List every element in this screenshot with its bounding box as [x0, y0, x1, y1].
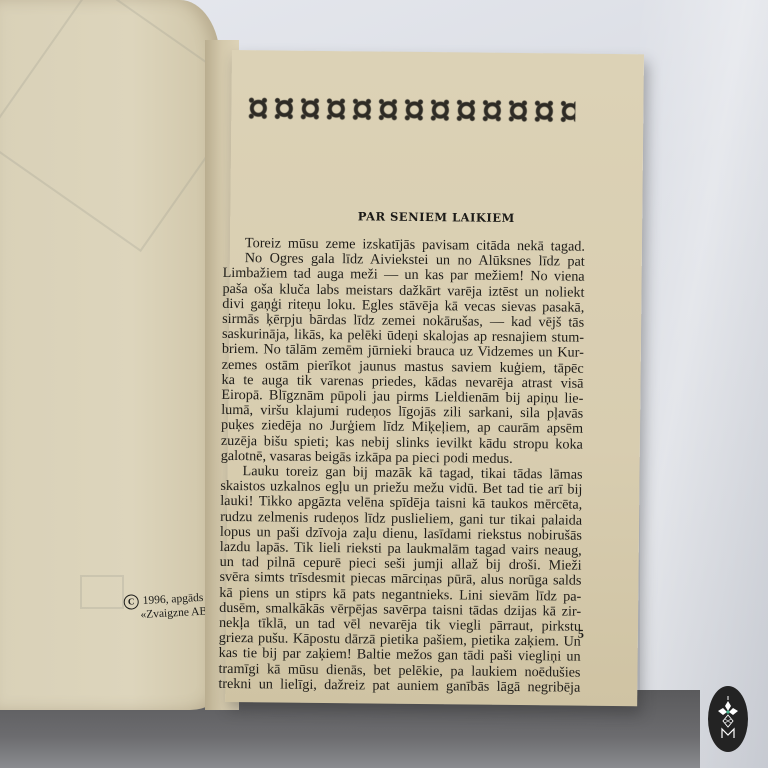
left-page: C1996, apgāds «Zvaigzne ABC» [0, 0, 220, 710]
body-text: Toreiz mūsu zeme izskatījās pavisam citā… [218, 236, 585, 696]
copyright-icon: C [123, 594, 139, 610]
folk-flower-emblem-icon [708, 686, 748, 752]
copyright-line1: 1996, apgāds [142, 592, 203, 607]
chapter-title: PAR SENIEM LAIKIEM [230, 208, 642, 226]
ornament-border-icon [245, 92, 575, 127]
page-number: 5 [578, 627, 584, 642]
watermark-badge [708, 686, 748, 752]
right-page: PAR SENIEM LAIKIEM Toreiz mūsu zeme izsk… [225, 50, 644, 706]
cloth-background [640, 0, 768, 768]
bleed-through-logo [80, 575, 124, 609]
text-line: trekni un lielīgi, dažreiz pat auniem ga… [218, 677, 580, 696]
